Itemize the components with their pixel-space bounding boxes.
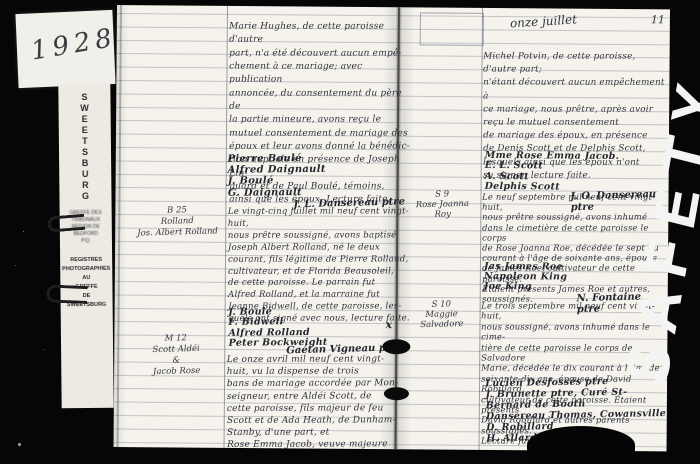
- margin-note-burial: S 10 Maggie Salvadore: [406, 299, 477, 331]
- page-number: 11: [651, 13, 665, 26]
- margin-note-marriage: M 12 Scott Aldéi & Jacob Rose: [126, 332, 227, 379]
- x-mark: x: [385, 318, 392, 331]
- archive-label-strip: S W E E T S B U R G GREFFE DES TRIBUNAUX…: [58, 84, 113, 409]
- fastener-dot-bottom: [384, 387, 409, 400]
- sweetsburg-vertical-letters: S W E E T S B U R G: [58, 92, 111, 203]
- register-spread: Marie Hughes, de cette paroisse d'autre …: [114, 5, 670, 451]
- margin-note-baptism: B 25 Rolland Jos. Albert Rolland: [127, 204, 228, 240]
- fastener-dot-top: [382, 339, 410, 354]
- year-handwritten: 1928: [29, 23, 119, 67]
- paperclip-icon: [47, 214, 85, 233]
- signature-block: Pierre Boulé Alfred Daignault J. Boulé G…: [227, 153, 326, 199]
- right-margin-header-box: [420, 12, 484, 46]
- entry-body: Le onze avril mil neuf cent vingt- huit,…: [227, 353, 409, 451]
- margin-note-burial: S 9 Rose Joanna Roy: [407, 189, 478, 221]
- signature-block: J. Boulé F. Bidwell Alfred Rolland Peter…: [228, 307, 327, 350]
- paperclip-icon: [46, 284, 88, 304]
- signature-block: Mme Rose Emma Jacob. E. L. Scott A. Scot…: [485, 151, 620, 194]
- signature-block: Jas James Roe Napoleon King Joe King: [484, 262, 568, 293]
- microfilm-frame: 1928 S W E E T S B U R G GREFFE DES TRIB…: [0, 0, 700, 464]
- archive-year-label: 1928: [15, 10, 115, 88]
